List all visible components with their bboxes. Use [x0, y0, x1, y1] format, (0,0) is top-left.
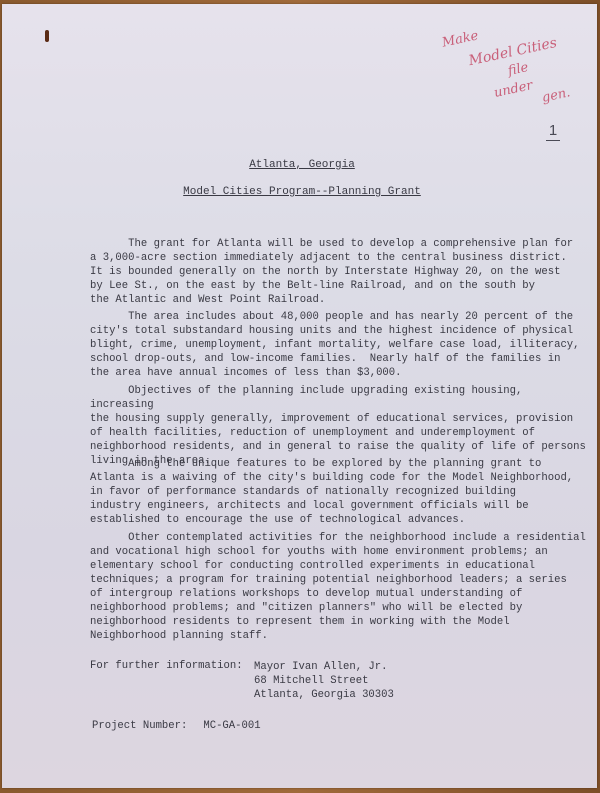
handwritten-note-line: file	[507, 60, 530, 80]
contact-city: Atlanta, Georgia 30303	[254, 688, 394, 702]
paragraph-grant-area: The grant for Atlanta will be used to de…	[90, 237, 590, 307]
project-number: Project Number:MC-GA-001	[92, 720, 261, 732]
title-text: Atlanta, Georgia	[249, 159, 355, 171]
staple-mark	[45, 30, 49, 42]
paragraph-objectives: Objectives of the planning include upgra…	[90, 384, 590, 468]
handwritten-note-line: gen.	[541, 85, 572, 107]
handwritten-note-line: under	[493, 78, 534, 102]
document-subtitle: Model Cities Program--Planning Grant	[2, 186, 600, 198]
document-title: Atlanta, Georgia	[2, 159, 600, 171]
paragraph-other-activities: Other contemplated activities for the ne…	[90, 531, 590, 643]
document-page: Make Model Cities file under gen. 1 Atla…	[2, 4, 597, 788]
contact-name: Mayor Ivan Allen, Jr.	[254, 660, 394, 674]
contact-label: For further information:	[90, 660, 243, 672]
paragraph-unique-features: Among the unique features to be explored…	[90, 457, 590, 527]
project-number-value: MC-GA-001	[203, 720, 260, 732]
subtitle-text: Model Cities Program--Planning Grant	[183, 186, 421, 198]
project-number-label: Project Number:	[92, 720, 187, 732]
contact-address: Mayor Ivan Allen, Jr. 68 Mitchell Street…	[254, 660, 394, 702]
handwritten-note-line: Make	[441, 28, 480, 51]
page-number: 1	[546, 122, 560, 141]
contact-street: 68 Mitchell Street	[254, 674, 394, 688]
paragraph-population: The area includes about 48,000 people an…	[90, 310, 590, 380]
